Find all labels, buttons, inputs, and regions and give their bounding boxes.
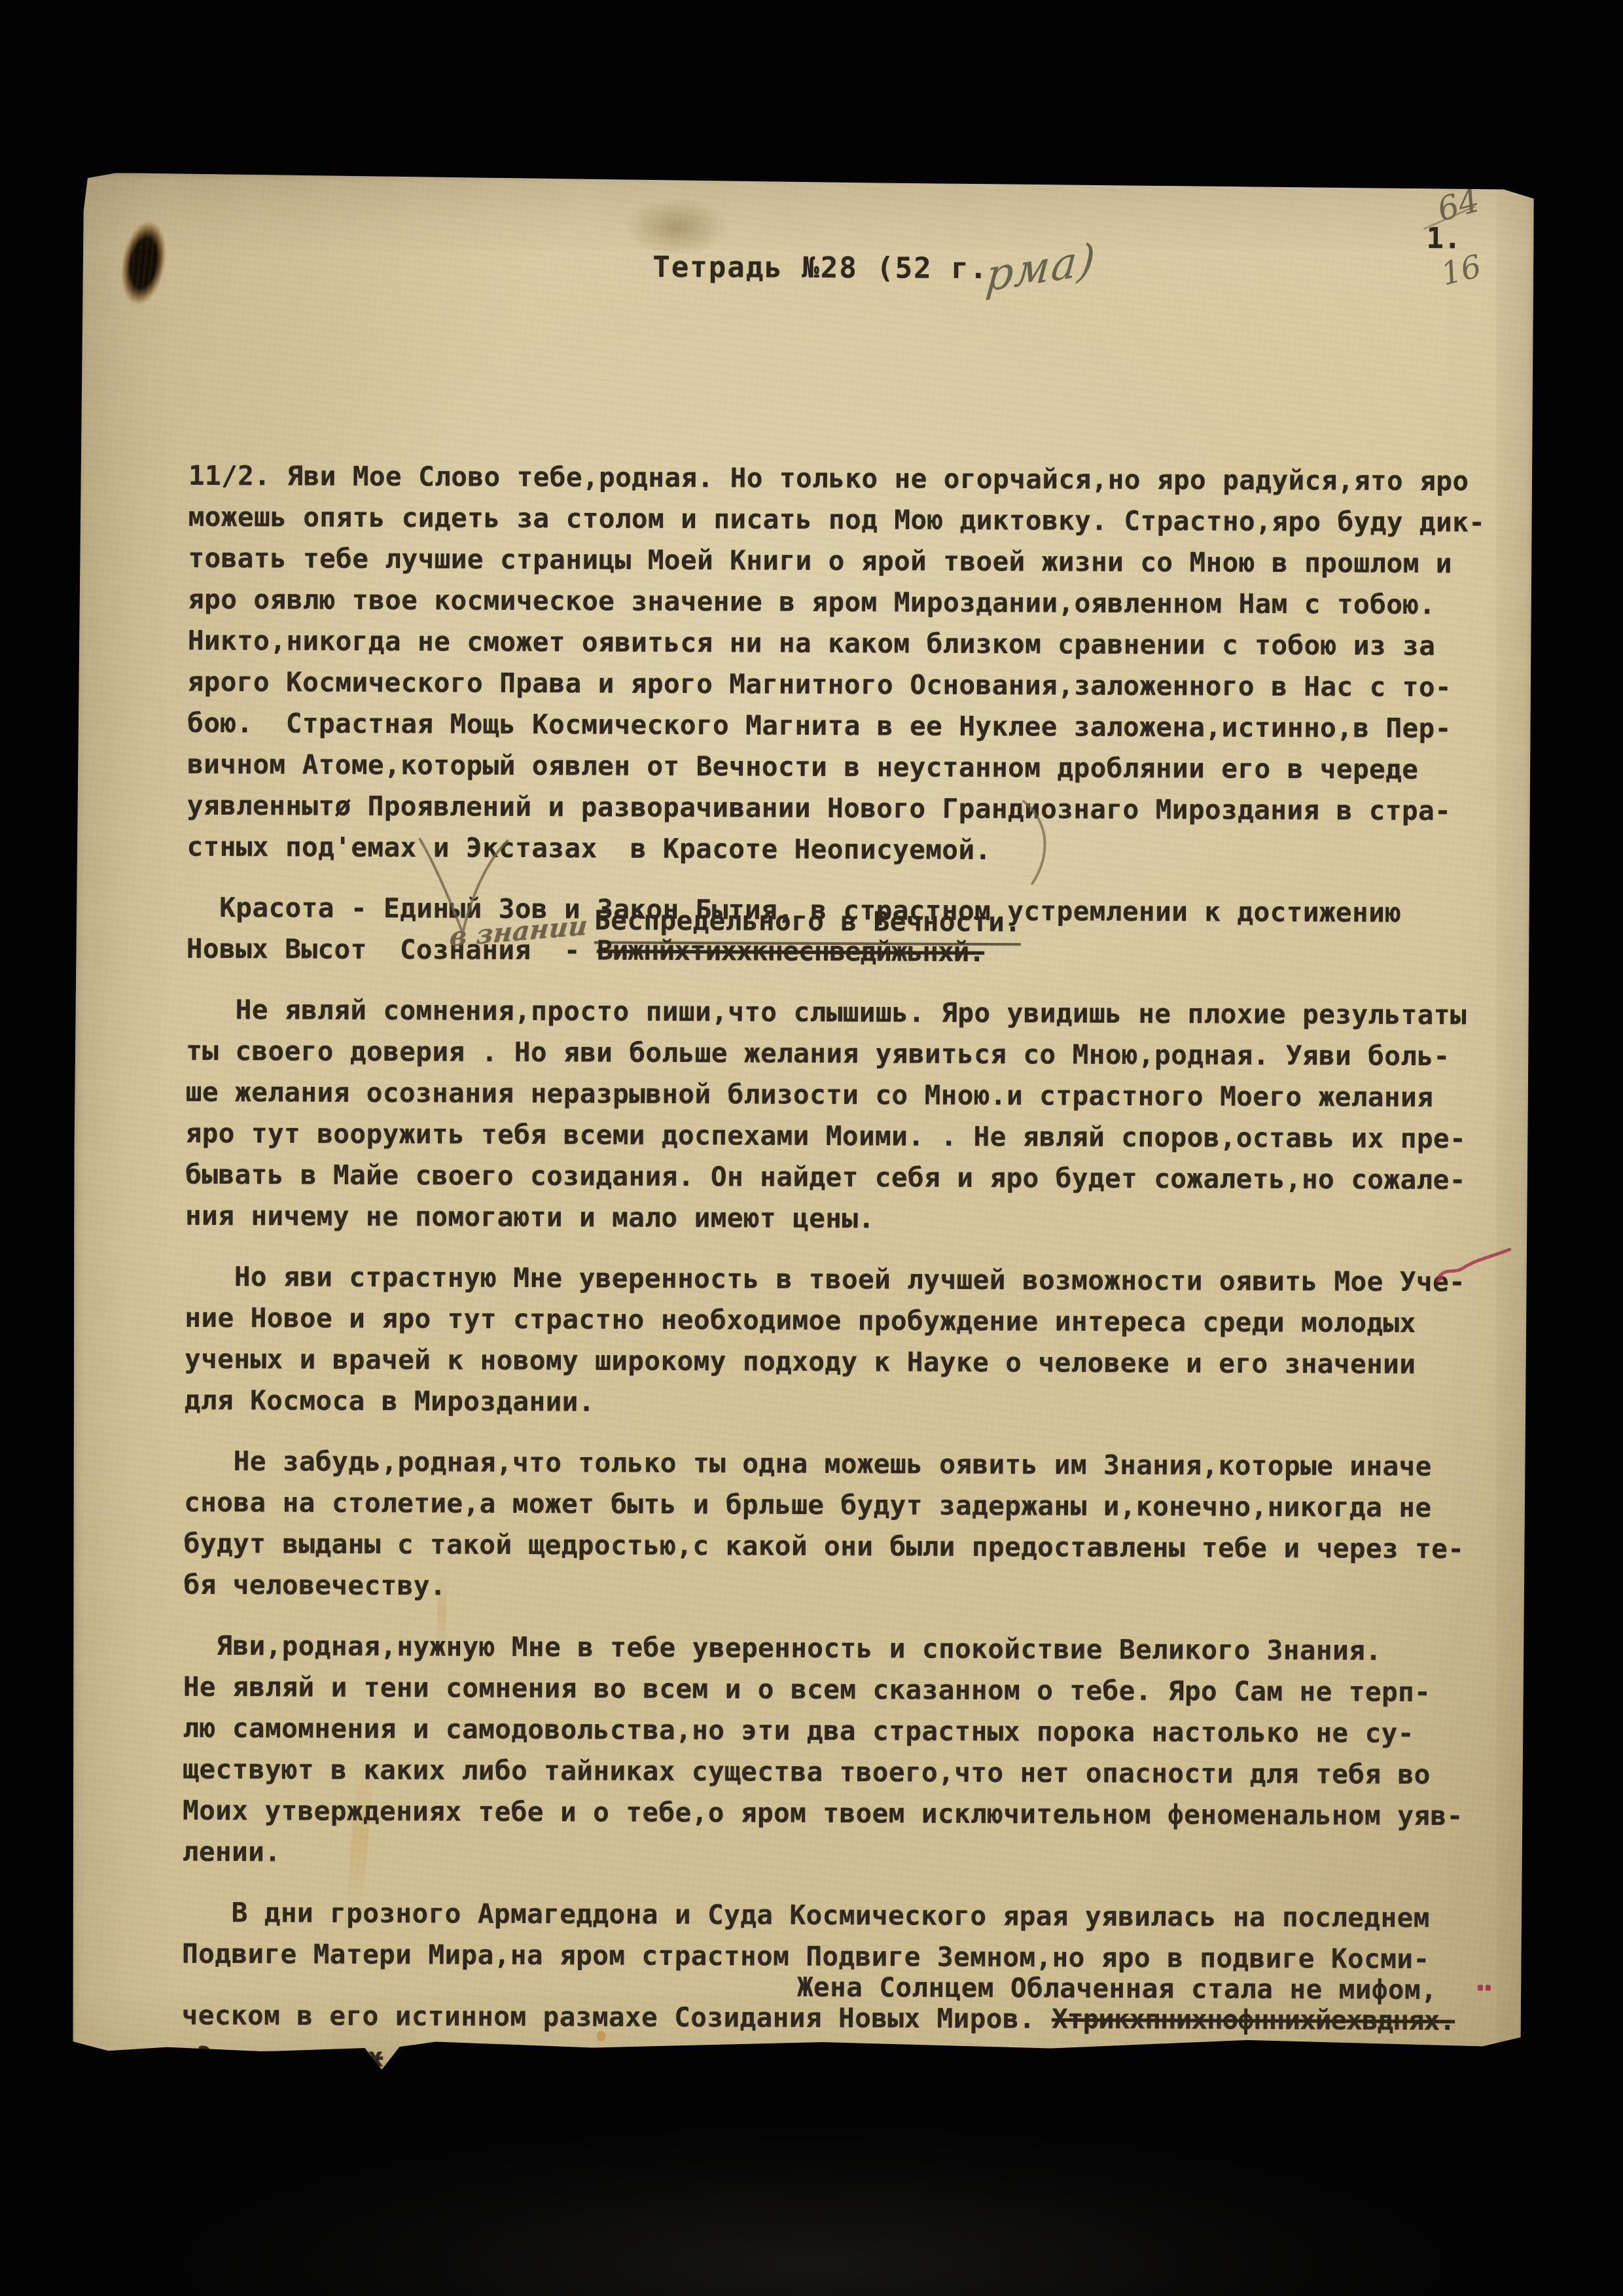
typed-line: ше желания осознания неразрывной близост… bbox=[186, 1072, 1501, 1119]
typed-line: яро оявлю твое космическое значение в яр… bbox=[188, 579, 1503, 626]
typed-segment-plain: ческом в его истинном размахе Созидания … bbox=[182, 2000, 1052, 2035]
typed-line: яро тут вооружить тебя всеми доспехами М… bbox=[185, 1113, 1501, 1160]
red-pencil-mark bbox=[1434, 1243, 1519, 1289]
typed-line: Но яви страстную Мне уверенность в твоей… bbox=[185, 1256, 1500, 1303]
red-pencil-dots bbox=[1478, 1981, 1495, 1987]
paper-tear-hole bbox=[102, 192, 184, 328]
handwritten-caret-stroke bbox=[400, 835, 538, 947]
typed-line: лении. bbox=[183, 1831, 1498, 1879]
document-page: 64 1. 16 Тетрадь №28 (52 г.рма) 11/2. Яв… bbox=[69, 171, 1537, 2075]
typed-line: вичном Атоме,который оявлен от Вечности … bbox=[187, 744, 1503, 791]
notebook-title-typed: Тетрадь №28 (52 г. bbox=[652, 251, 988, 285]
typed-line: стных под'емах и Экстазах в Красоте Неоп… bbox=[187, 826, 1502, 874]
typed-segment-plain: - Жена Солнцем Облаченная стала не Мифом… bbox=[383, 2041, 1483, 2077]
typed-segment-plain: ярого Космического Права и ярого Магнитн… bbox=[187, 666, 1452, 703]
typed-line: товать тебе лучшие страницы Моей Книги о… bbox=[188, 538, 1503, 585]
edge-mark bbox=[41, 255, 54, 289]
typed-body: 11/2. Яви Мое Слово тебе,родная. Но толь… bbox=[181, 332, 1505, 2125]
typed-segment-plain: яро тут вооружить тебя всеми доспехами М… bbox=[185, 1118, 1466, 1155]
typed-segment-struck: Хтрикхпнихнофннихйехвднях. bbox=[1052, 2004, 1455, 2037]
typed-segment-plain: бывать в Майе своего созидания. Он найде… bbox=[185, 1159, 1466, 1196]
typed-line: Яви,родная,нужную Мне в тебе уверенность… bbox=[183, 1625, 1499, 1672]
typed-segment-plain: лю самомнения и самодовольства,но эти дв… bbox=[183, 1712, 1415, 1749]
illegible-handwriting: рма) bbox=[984, 234, 1098, 302]
typed-line: Никто,никогда не сможет оявиться ни на к… bbox=[188, 620, 1503, 667]
typed-line: уявленнытø Проявлений и разворачивании Н… bbox=[187, 785, 1503, 832]
typed-segment-plain: Не являй сомнения,просто пиши,что слышиш… bbox=[186, 994, 1467, 1031]
scan-background: 64 1. 16 Тетрадь №28 (52 г.рма) 11/2. Яв… bbox=[0, 0, 1623, 2296]
typed-segment-plain: яро оявлю твое космическое значение в яр… bbox=[188, 584, 1436, 620]
typed-segment-plain: Не являй и тени сомнения во всем и о все… bbox=[183, 1671, 1431, 1708]
typed-segment-plain: стных под'емах и Экстазах в Красоте Неоп… bbox=[187, 831, 991, 866]
handwritten-paren-stroke bbox=[1010, 797, 1069, 889]
typed-line: будут выданы с такой щедростью,с какой о… bbox=[184, 1523, 1499, 1570]
typed-segment-plain: снова на столетие,а может быть и брльше … bbox=[184, 1487, 1432, 1523]
typed-segment-struck: ххЭхмяджкницях bbox=[166, 2041, 383, 2073]
typed-line: расной. bbox=[181, 2077, 1497, 2125]
typed-line: Не являй сомнения,просто пиши,что слышиш… bbox=[186, 989, 1501, 1036]
typed-line: Моих утверждениях тебе и о тебе,о яром т… bbox=[183, 1790, 1498, 1837]
typed-line: ческом в его истинном размахе Созидания … bbox=[182, 1995, 1497, 2042]
typed-segment-plain: ния ничему не помогаюти и мало имеют цен… bbox=[185, 1200, 875, 1235]
notebook-title: Тетрадь №28 (52 г.рма) bbox=[652, 237, 1097, 289]
typed-line: 11/2. Яви Мое Слово тебе,родная. Но толь… bbox=[188, 455, 1504, 503]
typed-segment-plain: уявленнытø Проявлений и разворачивании Н… bbox=[187, 790, 1452, 826]
typed-line: Не являй и тени сомнения во всем и о все… bbox=[183, 1667, 1499, 1714]
typed-segment-plain: Не забудь,родная,что только ты одна може… bbox=[184, 1445, 1432, 1482]
typed-segment-plain: бою. Страстная Мощь Космического Магнита… bbox=[187, 707, 1452, 744]
typed-line: можешь опять сидеть за столом и писать п… bbox=[188, 497, 1504, 544]
handwritten-page-number: 16 bbox=[1438, 249, 1485, 291]
typed-segment-plain: В дни грозного Армагеддона и Суда Космич… bbox=[182, 1897, 1430, 1934]
typed-line: Новых Высот Сознания в знании - Беспреде… bbox=[187, 928, 1502, 976]
typed-line: ты своего доверия . Но яви больше желани… bbox=[186, 1031, 1501, 1078]
typed-line: ния ничему не помогаюти и мало имеют цен… bbox=[185, 1195, 1501, 1243]
typed-segment-plain: ше желания осознания неразрывной близост… bbox=[186, 1076, 1434, 1113]
typed-line: лю самомнения и самодовольства,но эти дв… bbox=[183, 1708, 1498, 1755]
typed-segment-plain: ученых и врачей к новому широкому подход… bbox=[185, 1343, 1416, 1380]
typed-segment-plain: вичном Атоме,который оявлен от Вечности … bbox=[187, 749, 1419, 785]
typed-line: ществуют в каких либо тайниках существа … bbox=[183, 1749, 1498, 1796]
typed-segment-plain: ществуют в каких либо тайниках существа … bbox=[183, 1754, 1431, 1790]
typed-segment-plain: расной. bbox=[181, 2082, 296, 2114]
typed-line: ххЭхмяджкницях - Жена Солнцем Облаченная… bbox=[166, 2036, 1497, 2083]
typed-segment-plain: Но яви страстную Мне уверенность в твоей… bbox=[185, 1261, 1466, 1298]
typed-segment-plain: Моих утверждениях тебе и о тебе,о яром т… bbox=[183, 1795, 1463, 1832]
page-numbers: 64 1. 16 bbox=[1396, 188, 1521, 287]
typed-segment-plain: бя человечеству. bbox=[183, 1569, 446, 1602]
typed-line: бывать в Майе своего созидания. Он найде… bbox=[185, 1154, 1501, 1201]
typed-segment-plain: лении. bbox=[183, 1836, 281, 1868]
typed-segment-plain: товать тебе лучшие страницы Моей Книги о… bbox=[188, 542, 1452, 579]
typed-segment-correction: Беспредельного в Вечности.Вижнйхтиххкнес… bbox=[597, 930, 984, 973]
typed-segment-plain: ты своего доверия . Но яви больше желани… bbox=[186, 1035, 1450, 1072]
typed-line: ярого Космического Права и ярого Магнитн… bbox=[187, 662, 1503, 709]
typed-line: ученых и врачей к новому широкому подход… bbox=[185, 1339, 1500, 1386]
typed-line: В дни грозного Армагеддона и Суда Космич… bbox=[182, 1892, 1497, 1939]
typed-segment-plain: будут выданы с такой щедростью,с какой о… bbox=[184, 1528, 1465, 1565]
typed-line: ние Новое и яро тут страстно необходимое… bbox=[185, 1298, 1500, 1345]
typed-line: снова на столетие,а может быть и брльше … bbox=[184, 1482, 1499, 1529]
typed-line: бя человечеству. bbox=[183, 1564, 1499, 1612]
typed-segment-plain: можешь опять сидеть за столом и писать п… bbox=[188, 501, 1486, 539]
typed-segment-plain: 11/2. Яви Мое Слово тебе,родная. Но толь… bbox=[188, 460, 1469, 497]
typed-segment-plain: Яви,родная,нужную Мне в тебе уверенность… bbox=[183, 1630, 1382, 1667]
typed-line: бою. Страстная Мощь Космического Магнита… bbox=[187, 703, 1503, 750]
typed-segment-plain: ние Новое и яро тут страстно необходимое… bbox=[185, 1302, 1416, 1339]
typed-line: для Космоса в Мироздании. bbox=[185, 1380, 1500, 1427]
typed-line: Не забудь,родная,что только ты одна може… bbox=[184, 1441, 1499, 1488]
typed-segment-plain: для Космоса в Мироздании. bbox=[185, 1385, 595, 1418]
typed-segment-plain: Никто,никогда не сможет оявиться ни на к… bbox=[188, 625, 1436, 662]
